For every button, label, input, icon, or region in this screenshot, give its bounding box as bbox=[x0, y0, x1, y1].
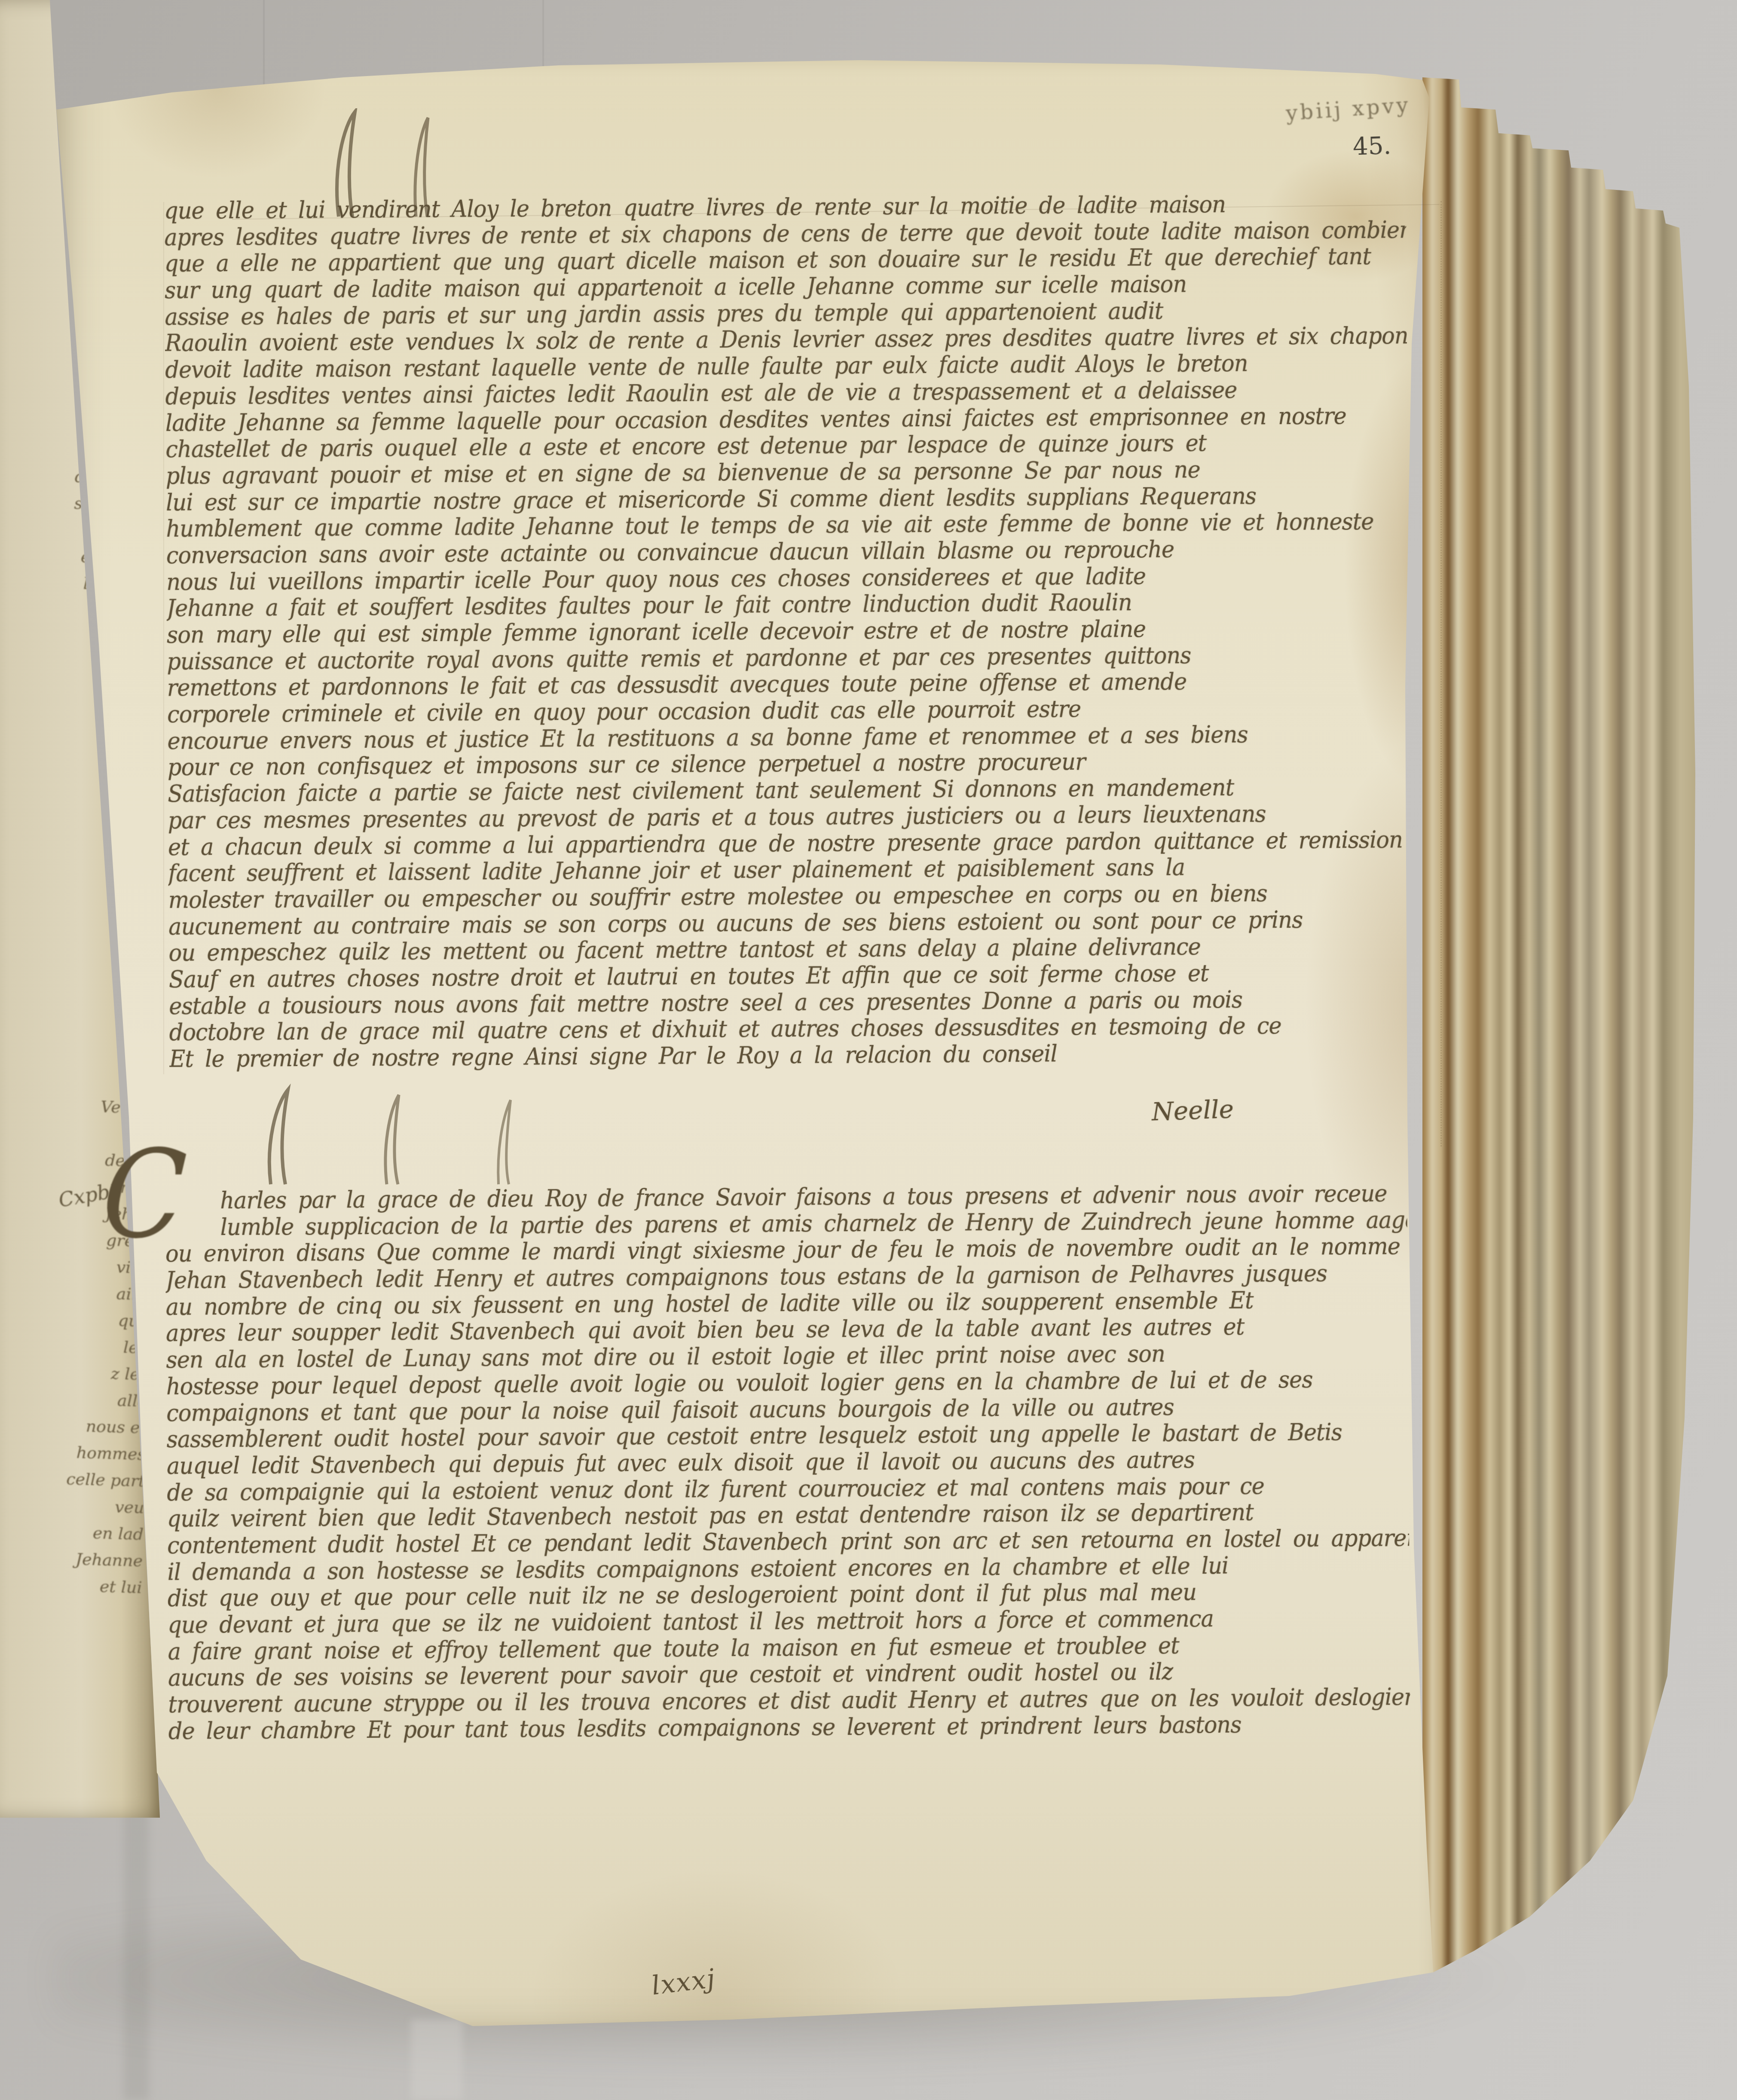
manuscript-fragment: en lad bbox=[64, 1519, 144, 1547]
cradle-support-shadow bbox=[124, 1775, 149, 2100]
fore-edge-page-stack bbox=[1405, 56, 1702, 2033]
manuscript-fragment: Jehanne bbox=[64, 1545, 143, 1574]
manuscript-fragment: nous et bbox=[67, 1412, 147, 1441]
folio-number: 45. bbox=[1352, 131, 1391, 161]
manuscript-fragment: hommes bbox=[67, 1439, 146, 1467]
manuscript-fragment: z les bbox=[69, 1359, 148, 1388]
cradle-support bbox=[411, 2020, 462, 2100]
ruling-line-left bbox=[163, 202, 164, 1074]
manuscript-fragment: et lui bbox=[63, 1572, 143, 1601]
ruling-line-right bbox=[1440, 201, 1442, 1146]
text-block-remission: que elle et lui vendirent Aloy le breton… bbox=[164, 190, 1411, 1073]
manuscript-photo: messonditgcommantz pourwaley puisle dme … bbox=[0, 0, 1737, 2100]
manuscript-fragment: mes bbox=[79, 64, 156, 92]
manuscript-fragment: alle bbox=[68, 1385, 148, 1414]
text-block-charles: harles par la grace de dieu Roy de franc… bbox=[165, 1180, 1410, 1745]
manuscript-fragment: led bbox=[70, 1332, 149, 1361]
chancery-signature: Neelle bbox=[1151, 1094, 1234, 1127]
pen-flourish bbox=[258, 1083, 533, 1186]
manuscript-fragment: veu bbox=[65, 1492, 145, 1521]
manuscript-fragment: celle part bbox=[66, 1465, 145, 1494]
